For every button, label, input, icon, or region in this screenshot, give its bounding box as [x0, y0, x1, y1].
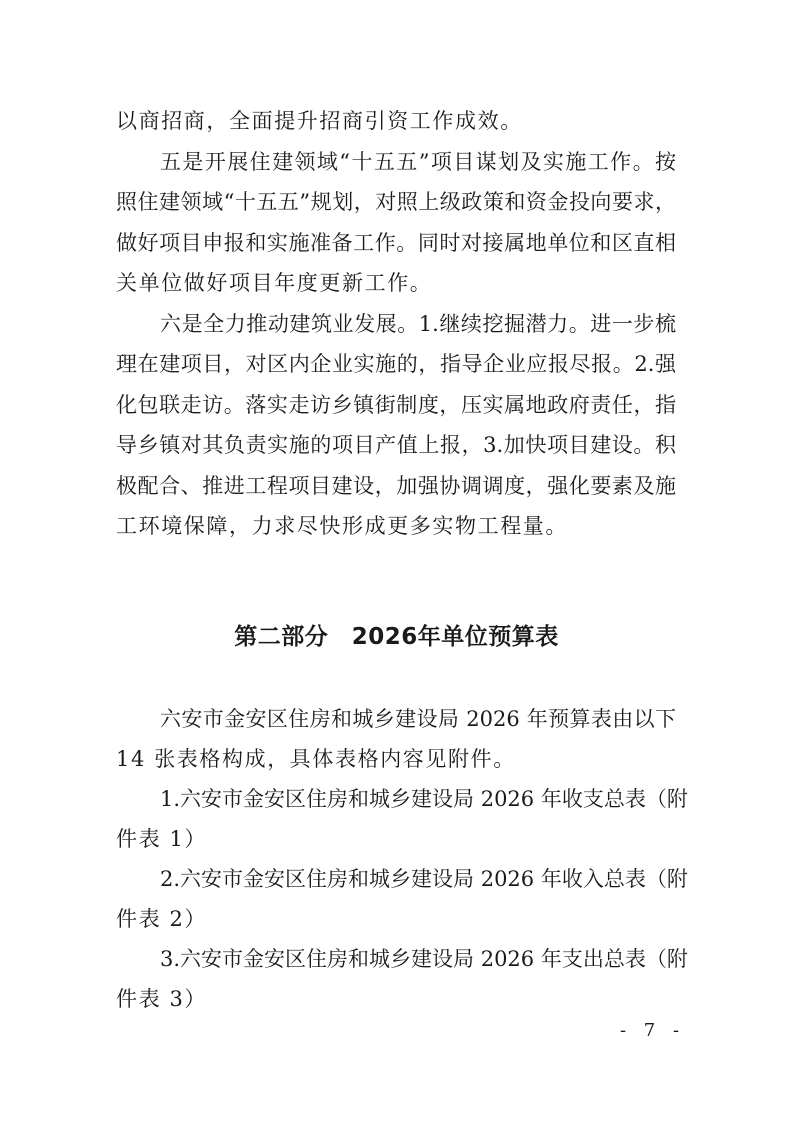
text-line: 化包联走访。落实走访乡镇街制度，压实属地政府责任，指 — [116, 391, 676, 419]
text-line: 件表 1） — [116, 825, 676, 853]
text-line: 六是全力推动建筑业发展。1.继续挖掘潜力。进一步梳 — [160, 310, 676, 338]
text-line: 2.六安市金安区住房和城乡建设局 2026 年收入总表（附 — [160, 865, 676, 893]
section-heading: 第二部分 2026年单位预算表 — [0, 622, 793, 652]
text-line: 做好项目申报和实施准备工作。同时对接属地单位和区直相 — [116, 229, 676, 257]
text-line: 件表 3） — [116, 985, 676, 1013]
text-line: 件表 2） — [116, 905, 676, 933]
page-number: - 7 - — [620, 1020, 685, 1041]
text-line: 3.六安市金安区住房和城乡建设局 2026 年支出总表（附 — [160, 945, 676, 973]
text-line: 关单位做好项目年度更新工作。 — [116, 269, 676, 297]
text-line: 以商招商，全面提升招商引资工作成效。 — [116, 107, 676, 135]
text-line: 照住建领域“十五五”规划，对照上级政策和资金投向要求， — [116, 188, 676, 216]
text-line: 导乡镇对其负责实施的项目产值上报，3.加快项目建设。积 — [116, 431, 676, 459]
text-line: 工环境保障，力求尽快形成更多实物工程量。 — [116, 512, 676, 540]
text-line: 理在建项目，对区内企业实施的，指导企业应报尽报。2.强 — [116, 350, 676, 378]
text-line: 1.六安市金安区住房和城乡建设局 2026 年收支总表（附 — [160, 785, 676, 813]
text-line: 六安市金安区住房和城乡建设局 2026 年预算表由以下 — [160, 705, 676, 733]
text-line: 五是开展住建领域“十五五”项目谋划及实施工作。按 — [160, 148, 676, 176]
text-line: 极配合、推进工程项目建设，加强协调调度，强化要素及施 — [116, 472, 676, 500]
text-line: 14 张表格构成，具体表格内容见附件。 — [116, 745, 676, 773]
